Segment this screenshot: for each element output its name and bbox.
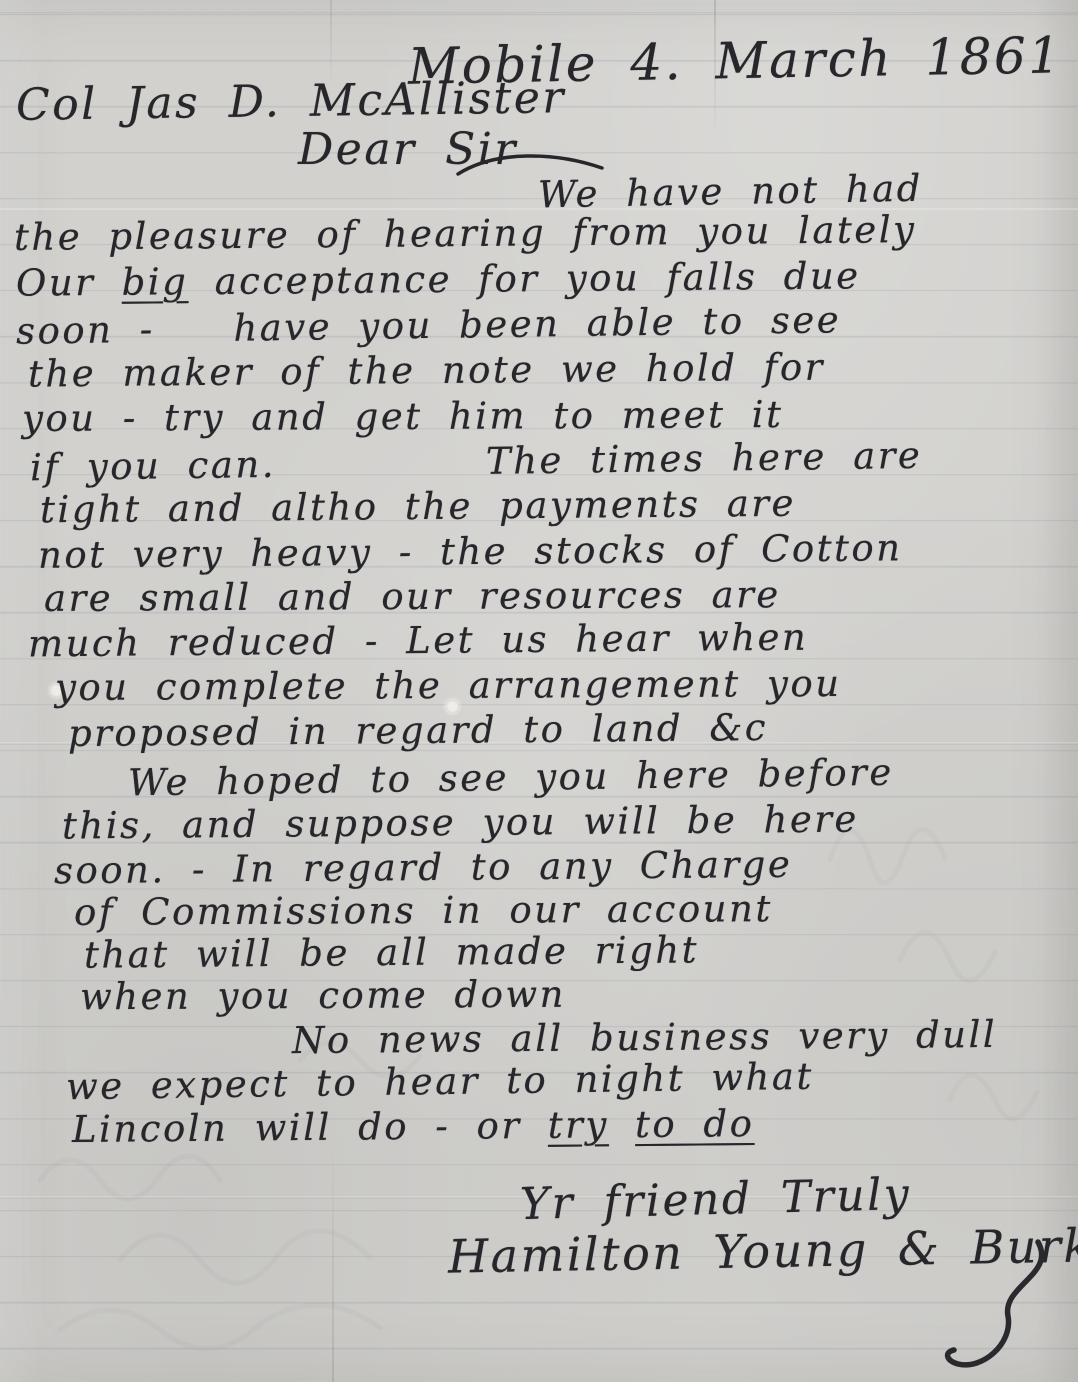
letter-line: Lincoln will do - or try to do [72, 1104, 755, 1151]
letter-line: we expect to hear to night what [66, 1057, 814, 1108]
letter-line: you - try and get him to meet it [22, 395, 784, 440]
letter-line: not very heavy - the stocks of Cotton [38, 528, 903, 576]
signature-flourish [930, 1238, 1060, 1382]
letter-line: you complete the arrangement you [55, 664, 842, 709]
letter-recipient: Col Jas D. McAllister [16, 74, 566, 130]
letter-line: the maker of the note we hold for [28, 348, 825, 396]
letter-line: this, and suppose you will be here [62, 800, 859, 848]
letter-line: when you come down [80, 975, 566, 1018]
letter-line: We hoped to see you here before [128, 753, 894, 804]
letter-valediction: Yr friend Truly [519, 1171, 911, 1230]
letter-line: are small and our resources are [44, 575, 781, 620]
fold-crease-vertical-bottom [332, 1130, 334, 1382]
letter-line: much reduced - Let us hear when [28, 618, 809, 665]
letter-line: soon - have you been able to see [16, 300, 842, 352]
letter-page: Mobile 4. March 1861 Col Jas D. McAllist… [0, 0, 1078, 1382]
letter-line: the pleasure of hearing from you lately [14, 210, 917, 259]
letter-line: tight and altho the payments are [40, 484, 796, 531]
letter-line: Our big acceptance for you falls due [16, 256, 861, 304]
letter-line: soon. - In regard to any Charge [54, 845, 793, 892]
letter-line: No news all business very dull [292, 1015, 998, 1062]
letter-line: proposed in regard to land &c [68, 708, 768, 755]
letter-line: of Commissions in our account [74, 889, 773, 933]
letter-line: that will be all made right [84, 930, 699, 976]
